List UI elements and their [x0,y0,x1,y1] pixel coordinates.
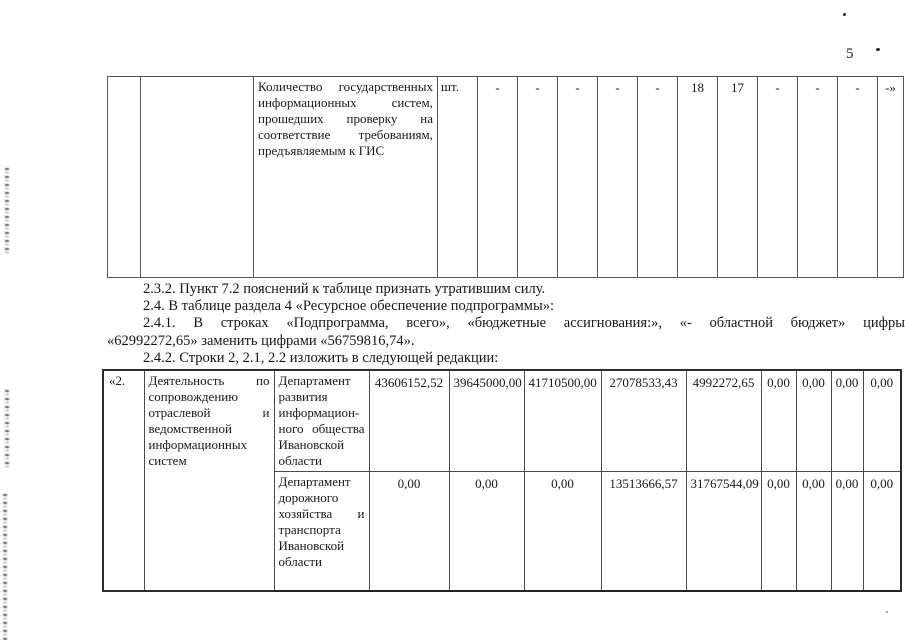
amount-cell: 0,00 [449,472,524,591]
resource-table: «2. Деятельность по сопровождению отрасл… [102,369,902,592]
scan-speck [876,48,880,51]
unit-cell: шт. [438,77,478,278]
department-cell: Департамент дорожного хозяйства и трансп… [274,472,369,591]
amount-cell: 0,00 [796,472,831,591]
empty-cell [141,77,254,278]
scan-speck [886,611,888,613]
indicator-value-cell: 17 [718,77,758,278]
department-cell: Департамент развития информацион-ного об… [274,370,369,472]
paragraph-2-4: 2.4. В таблице раздела 4 «Ресурсное обес… [107,298,905,315]
indicator-value-cell: 18 [678,77,718,278]
amount-cell: 0,00 [831,472,863,591]
amount-cell: 0,00 [863,472,901,591]
amount-cell: 0,00 [863,370,901,472]
margin-scan-artifact [5,390,9,470]
amount-cell: 0,00 [761,472,796,591]
amount-cell: 0,00 [831,370,863,472]
indicator-value-cell: - [478,77,518,278]
amount-cell: 39645000,00 [449,370,524,472]
amount-cell: 41710500,00 [524,370,601,472]
indicator-value-cell: - [758,77,798,278]
row-number-cell: «2. [103,370,144,591]
margin-scan-artifact [5,168,9,256]
paragraph-2-4-2: 2.4.2. Строки 2, 2.1, 2.2 изложить в сле… [107,350,905,367]
amount-cell: 0,00 [761,370,796,472]
amount-cell: 43606152,52 [369,370,449,472]
document-page: 5 Количество государственных информацион… [0,0,905,640]
amount-cell: 4992272,65 [686,370,761,472]
amount-cell: 0,00 [369,472,449,591]
amount-cell: 31767544,09 [686,472,761,591]
activity-cell: Деятельность по сопровождению отраслевой… [144,370,274,591]
paragraph-2-4-1-line2: «62992272,65» заменить цифрами «56759816… [107,333,905,350]
indicator-value-cell: -» [878,77,904,278]
indicator-value-cell: - [518,77,558,278]
table-row: «2. Деятельность по сопровождению отрасл… [103,370,901,472]
amount-cell: 0,00 [796,370,831,472]
amount-cell: 0,00 [524,472,601,591]
indicator-name-cell: Количество государственных информационны… [254,77,438,278]
margin-scan-artifact [3,494,7,640]
amount-cell: 27078533,43 [601,370,686,472]
indicator-value-cell: - [838,77,878,278]
paragraph-2-3-2: 2.3.2. Пункт 7.2 пояснений к таблице при… [107,281,905,298]
paragraph-2-4-1-line1: 2.4.1. В строках «Подпрограмма, всего», … [107,315,905,332]
amendment-text-block: 2.3.2. Пункт 7.2 пояснений к таблице при… [107,281,905,367]
indicator-value-cell: - [638,77,678,278]
indicators-table: Количество государственных информационны… [107,76,904,278]
empty-cell [108,77,141,278]
amount-cell: 13513666,57 [601,472,686,591]
indicator-value-cell: - [558,77,598,278]
indicator-value-cell: - [798,77,838,278]
page-number: 5 [846,46,854,63]
indicator-value-cell: - [598,77,638,278]
scan-speck [843,13,846,16]
